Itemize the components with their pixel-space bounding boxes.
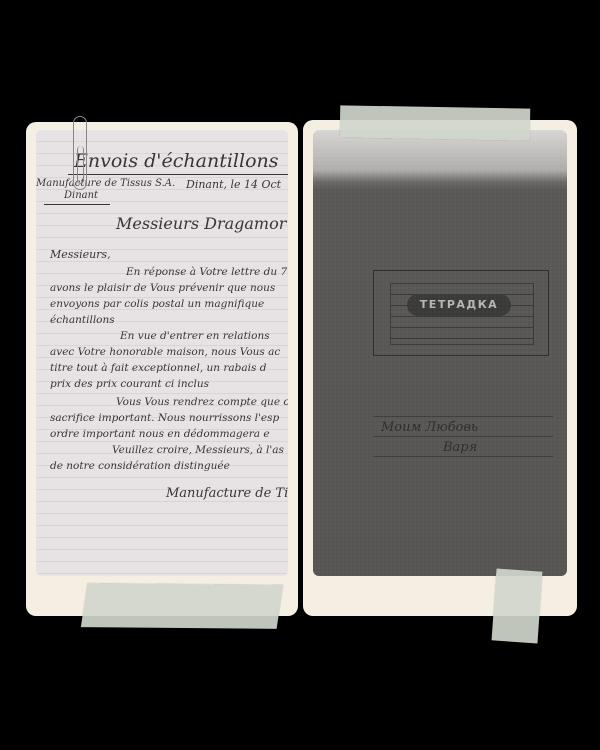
- cover-writing-line: [373, 416, 553, 417]
- cover-writing-line: [373, 436, 553, 437]
- cover-writing-line: [373, 456, 553, 457]
- tape-strip: [81, 583, 283, 629]
- letter-line: ordre important nous en dédommagera e: [50, 428, 270, 440]
- letter-line: Veuillez croire, Messieurs, à l'as: [112, 444, 284, 456]
- letter-sender: Manufacture de Tissus S.A.: [36, 178, 175, 189]
- letter-line: sacrifice important. Nous nourrissons l'…: [50, 412, 279, 424]
- tape-strip: [340, 105, 531, 140]
- title-underline: [68, 174, 288, 175]
- cover-handwriting: Моим Любовь: [381, 420, 478, 435]
- tape-strip: [492, 568, 543, 643]
- city-underline: [44, 204, 110, 205]
- cover-label-frame: ТЕТРАДКА: [373, 270, 549, 356]
- letter-sender-city: Dinant: [64, 190, 98, 201]
- notebook-cover: ТЕТРАДКА Моим Любовь Варя: [313, 130, 567, 576]
- letter-salutation: Messieurs,: [50, 248, 111, 261]
- letter-line: En réponse à Votre lettre du 7.: [126, 266, 288, 278]
- letter-line: avec Votre honorable maison, nous Vous a…: [50, 346, 280, 358]
- notebook-card: ТЕТРАДКА Моим Любовь Варя: [303, 120, 577, 616]
- cover-label-title: ТЕТРАДКА: [407, 294, 511, 316]
- cover-label-lines: [390, 283, 534, 345]
- letter-line: avons le plaisir de Vous prévenir que no…: [50, 282, 275, 294]
- letter-line: prix des prix courant ci inclus: [50, 378, 209, 390]
- letter-line: Vous Vous rendrez compte que c'e: [116, 396, 288, 408]
- letter-card: Envois d'échantillons Manufacture de Tis…: [26, 122, 298, 616]
- letter-line: En vue d'entrer en relations: [120, 330, 270, 342]
- letter-paper: Envois d'échantillons Manufacture de Tis…: [36, 130, 288, 576]
- letter-line: échantillons: [50, 314, 115, 326]
- letter-date: Dinant, le 14 Oct: [186, 178, 281, 191]
- letter-signature: Manufacture de Tiss: [166, 486, 288, 501]
- letter-addressee: Messieurs Dragamor & Co: [116, 214, 288, 233]
- cover-handwriting: Варя: [443, 440, 477, 455]
- letter-line: envoyons par colis postal un magnifique: [50, 298, 264, 310]
- letter-line: titre tout à fait exceptionnel, un rabai…: [50, 362, 266, 374]
- paperclip-inner-loop: [77, 146, 84, 184]
- letter-title: Envois d'échantillons: [74, 150, 279, 172]
- letter-line: de notre considération distinguée: [50, 460, 230, 472]
